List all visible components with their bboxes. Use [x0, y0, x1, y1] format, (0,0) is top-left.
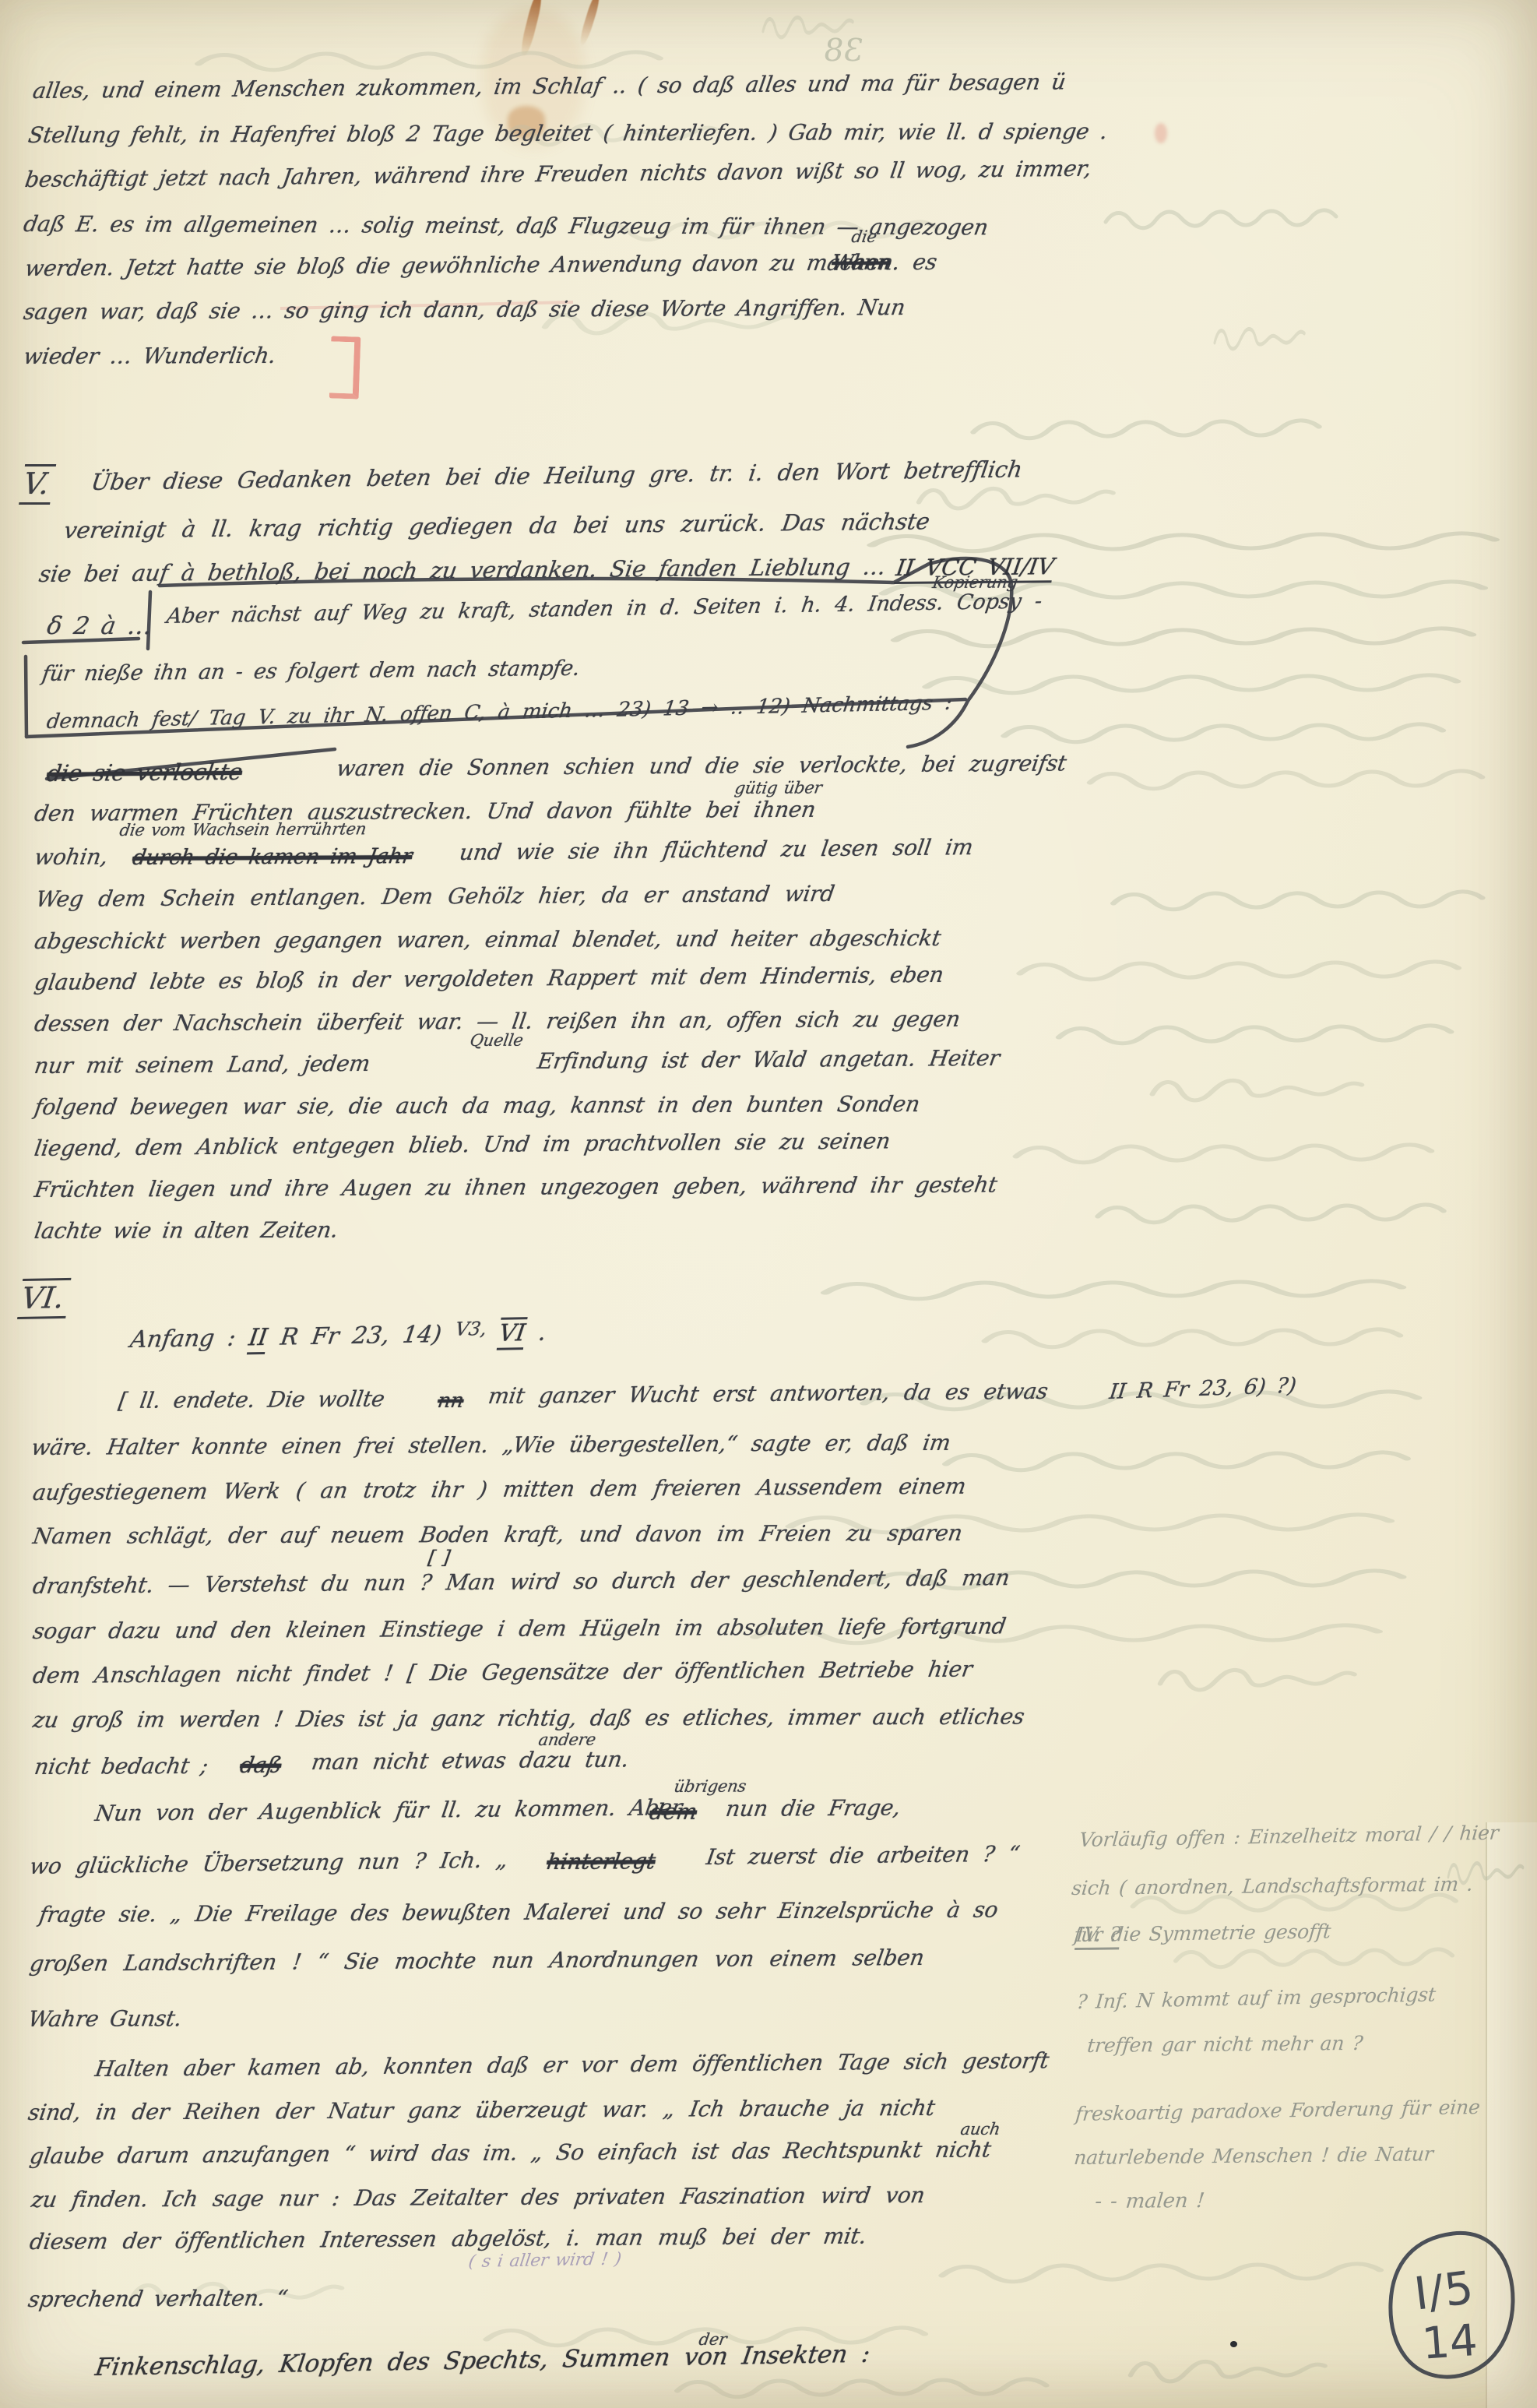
- vi-p1-strike-1: nn: [436, 1389, 466, 1413]
- vi-p2-line-4: großen Landschriften ! “ Sie mochte nun …: [28, 1945, 926, 1977]
- v-body-line-4: Weg dem Schein entlangen. Dem Gehölz hie…: [34, 881, 836, 912]
- top-paragraph-line-6: sagen war, daß sie … so ging ich dann, d…: [22, 294, 907, 325]
- top-paragraph-line-1: alles, und einem Menschen zukommen, im S…: [31, 69, 1067, 104]
- pencil-note-2-line-2: treffen gar nicht mehr an ?: [1086, 2032, 1364, 2057]
- vi-p2-line-1a: Nun von der Augenblick für ll. zu kommen…: [93, 1794, 684, 1826]
- anfang-ref-vi: VI: [497, 1317, 527, 1350]
- vi-p2-strike-2: hinterlegt: [545, 1848, 657, 1875]
- insert-guetig: gütig über: [733, 778, 823, 797]
- v-body-line-3b: und wie sie ihn flüchtend zu lesen soll …: [458, 834, 975, 865]
- vi-p2-line-5: Wahre Gunst.: [26, 2005, 184, 2032]
- insert-uebrigens: übrigens: [673, 1777, 747, 1796]
- v-body-line-9: folgend bewegen war sie, die auch da mag…: [33, 1091, 922, 1120]
- v-line-2: vereinigt à ll. krag richtig gediegen da…: [62, 508, 931, 544]
- top-paragraph-line-3: beschäftigt jetzt nach Jahren, während i…: [23, 156, 1093, 192]
- top-paragraph-line-4: daß E. es im allgemeinen … solig meinst,…: [22, 211, 990, 240]
- pencil-note-1-line-2: sich ( anordnen, Landschaftsformat im .: [1071, 1873, 1474, 1899]
- vi-p1-strike-9: daß: [238, 1752, 283, 1778]
- ink-stain-streak-1: [519, 0, 544, 58]
- anfang-ref-ii: II: [247, 1324, 269, 1354]
- word-after-strike: es: [911, 249, 939, 275]
- pencil-note-1-line-1: Vorläufig offen : Einzelheitz moral / / …: [1078, 1822, 1500, 1851]
- ink-speck: [1230, 2341, 1237, 2347]
- v-body-line-11: Früchten liegen und ihre Augen zu ihnen …: [33, 1172, 999, 1202]
- vi-p2-strike-1: dem: [648, 1799, 699, 1825]
- stamp-number-top: I/5: [1412, 2261, 1477, 2321]
- insert-wachsein: die vom Wachsein herrührten: [118, 819, 368, 840]
- top-paragraph-line-5: werden. Jetzt hatte sie bloß die gewöhnl…: [23, 249, 902, 281]
- vi-p1-line-3: aufgestiegenem Werk ( an trotz ihr ) mit…: [31, 1473, 968, 1505]
- page-edge-band: [1486, 1822, 1537, 2408]
- v-delta-note: δ 2 à …: [45, 612, 154, 640]
- interlinear-insert-die: die: [850, 227, 878, 246]
- vi-p2-line-3: fragte sie. „ Die Freilage des bewußten …: [37, 1897, 1000, 1927]
- vi-p1-line-7: dem Anschlagen nicht findet ! [ Die Gege…: [31, 1656, 974, 1688]
- section-vi-number: VI.: [17, 1278, 71, 1319]
- vi-p3-line-5: diesem der öffentlichen Interessen abgel…: [28, 2223, 868, 2255]
- top-paragraph-line-2: Stellung fehlt, in Hafenfrei bloß 2 Tage…: [26, 118, 1110, 148]
- vi-p1-line-1a: [ ll. endete. Die wollte: [117, 1386, 386, 1413]
- v-body-line-8b: Erfindung ist der Wald angetan. Heiter: [536, 1045, 1001, 1074]
- pencil-note-2-line-1: ? Inf. N kommt auf im gesprochigst: [1076, 1983, 1437, 2013]
- vi-margin-reference: II R Fr 23, 6) ?): [1108, 1374, 1297, 1404]
- vi-p1-line-8: zu groß im werden ! Dies ist ja ganz ric…: [31, 1704, 1026, 1733]
- v-body-line-5: abgeschickt werben gegangen waren, einma…: [33, 925, 943, 954]
- anfang-ref-mid: R Fr 23, 14): [279, 1321, 443, 1351]
- v-demnach-line: demnach fest/ Tag V. zu ihr N. offen C, …: [45, 692, 954, 734]
- v-body-line-6: glaubend lebte es bloß in der vergoldete…: [33, 962, 945, 995]
- v-body-line-1: waren die Sonnen schien und die sie verl…: [335, 750, 1068, 781]
- pencil-note-3-line-1: freskoartig paradoxe Forderung für eine: [1074, 2096, 1481, 2125]
- pink-ink-spot: [1155, 123, 1167, 143]
- verso-page-number: 38: [821, 33, 867, 69]
- v-line-3: sie bei auf à bethloß, bei noch zu verda…: [37, 554, 888, 587]
- vi-p2-line-2b: Ist zuerst die arbeiten ? “: [705, 1841, 1022, 1870]
- insert-violet-note: ( s i aller wird ! ): [467, 2250, 623, 2272]
- vi-p2-line-1b: nun die Frage,: [724, 1794, 902, 1822]
- vi-p3-line-4: zu finden. Ich sage nur : Das Zeitalter …: [30, 2182, 927, 2213]
- vi-p1-line-9b: man nicht etwas dazu tun.: [310, 1746, 631, 1775]
- vi-p1-line-5: dranfsteht. — Verstehst du nun ? Man wir…: [31, 1565, 1011, 1599]
- v-body-line-12: lachte wie in alten Zeiten.: [33, 1217, 339, 1244]
- v-body-line-3a: wohin,: [33, 844, 110, 870]
- vi-anfang-line: Anfang : II R Fr 23, 14) V3, VI .: [128, 1317, 548, 1354]
- vi-p3-line-2: sind, in der Reihen der Natur ganz überz…: [26, 2095, 937, 2125]
- v-line-1: Über diese Gedanken beten bei die Heilun…: [90, 456, 1024, 495]
- vi-p1-line-2: wäre. Halter konnte einen frei stellen. …: [30, 1430, 952, 1460]
- ink-stain-streak-2: [578, 0, 602, 47]
- pencil-note-1-line-3: für die Symmetrie gesofft: [1073, 1920, 1332, 1946]
- anfang-ref-sup: V3,: [454, 1318, 488, 1340]
- insert-quelle: Quelle: [469, 1031, 525, 1050]
- pencil-note-3-line-2: naturlebende Menschen ! die Natur: [1073, 2142, 1434, 2169]
- insert-bracket-mark: [ ]: [427, 1547, 452, 1568]
- strikethrough-lead-phrase: die sie verlockte: [45, 759, 244, 787]
- top-paragraph-line-7: wieder … Wunderlich.: [22, 343, 278, 369]
- stamp-number-bottom: 14: [1420, 2315, 1479, 2370]
- vi-p2-line-2a: wo glückliche Übersetzung nun ? Ich. „: [28, 1846, 509, 1879]
- vi-p1-line-9a: nicht bedacht ;: [33, 1753, 210, 1780]
- v-body-line-10: liegend, dem Anblick entgegen blieb. Und…: [33, 1128, 892, 1161]
- closing-line: Finkenschlag, Klopfen des Spechts, Summe…: [93, 2340, 872, 2382]
- manuscript-page: 38 alles, und einem Menschen zukommen, i…: [0, 0, 1537, 2408]
- red-bracket-mark: [329, 336, 361, 399]
- vi-p3-line-3: glaube darum anzufangen “ wird das im. „…: [28, 2136, 993, 2169]
- vi-p1-line-6: sogar dazu und den kleinen Einstiege i d…: [31, 1613, 1008, 1644]
- strikethrough-mid-phrase: durch die kamen im Jahr: [131, 844, 414, 870]
- insert-auch: auch: [959, 2120, 1001, 2139]
- strikethrough-word: Wann: [830, 251, 892, 275]
- anfang-dot: .: [536, 1319, 547, 1347]
- v-boxed-line: Aber nächst auf Weg zu kraft, standen in…: [165, 589, 1043, 628]
- anfang-label: Anfang :: [128, 1325, 237, 1354]
- section-v-number: V.: [19, 464, 57, 505]
- vi-p3-line-6: sprechend verhalten. “: [26, 2285, 290, 2312]
- vi-p3-line-1: Halten aber kamen ab, konnten daß er vor…: [93, 2047, 1051, 2082]
- v-fur-line: für nieße ihn an - es folgert dem nach s…: [40, 657, 582, 686]
- pencil-note-3-line-3: - - malen !: [1094, 2189, 1205, 2213]
- v-body-line-8a: nur mit seinem Land, jedem: [33, 1051, 372, 1079]
- vi-p1-line-1b: mit ganzer Wucht erst antworten, da es e…: [487, 1378, 1050, 1409]
- vi-p1-line-4: Namen schlägt, der auf neuem Boden kraft…: [31, 1520, 964, 1549]
